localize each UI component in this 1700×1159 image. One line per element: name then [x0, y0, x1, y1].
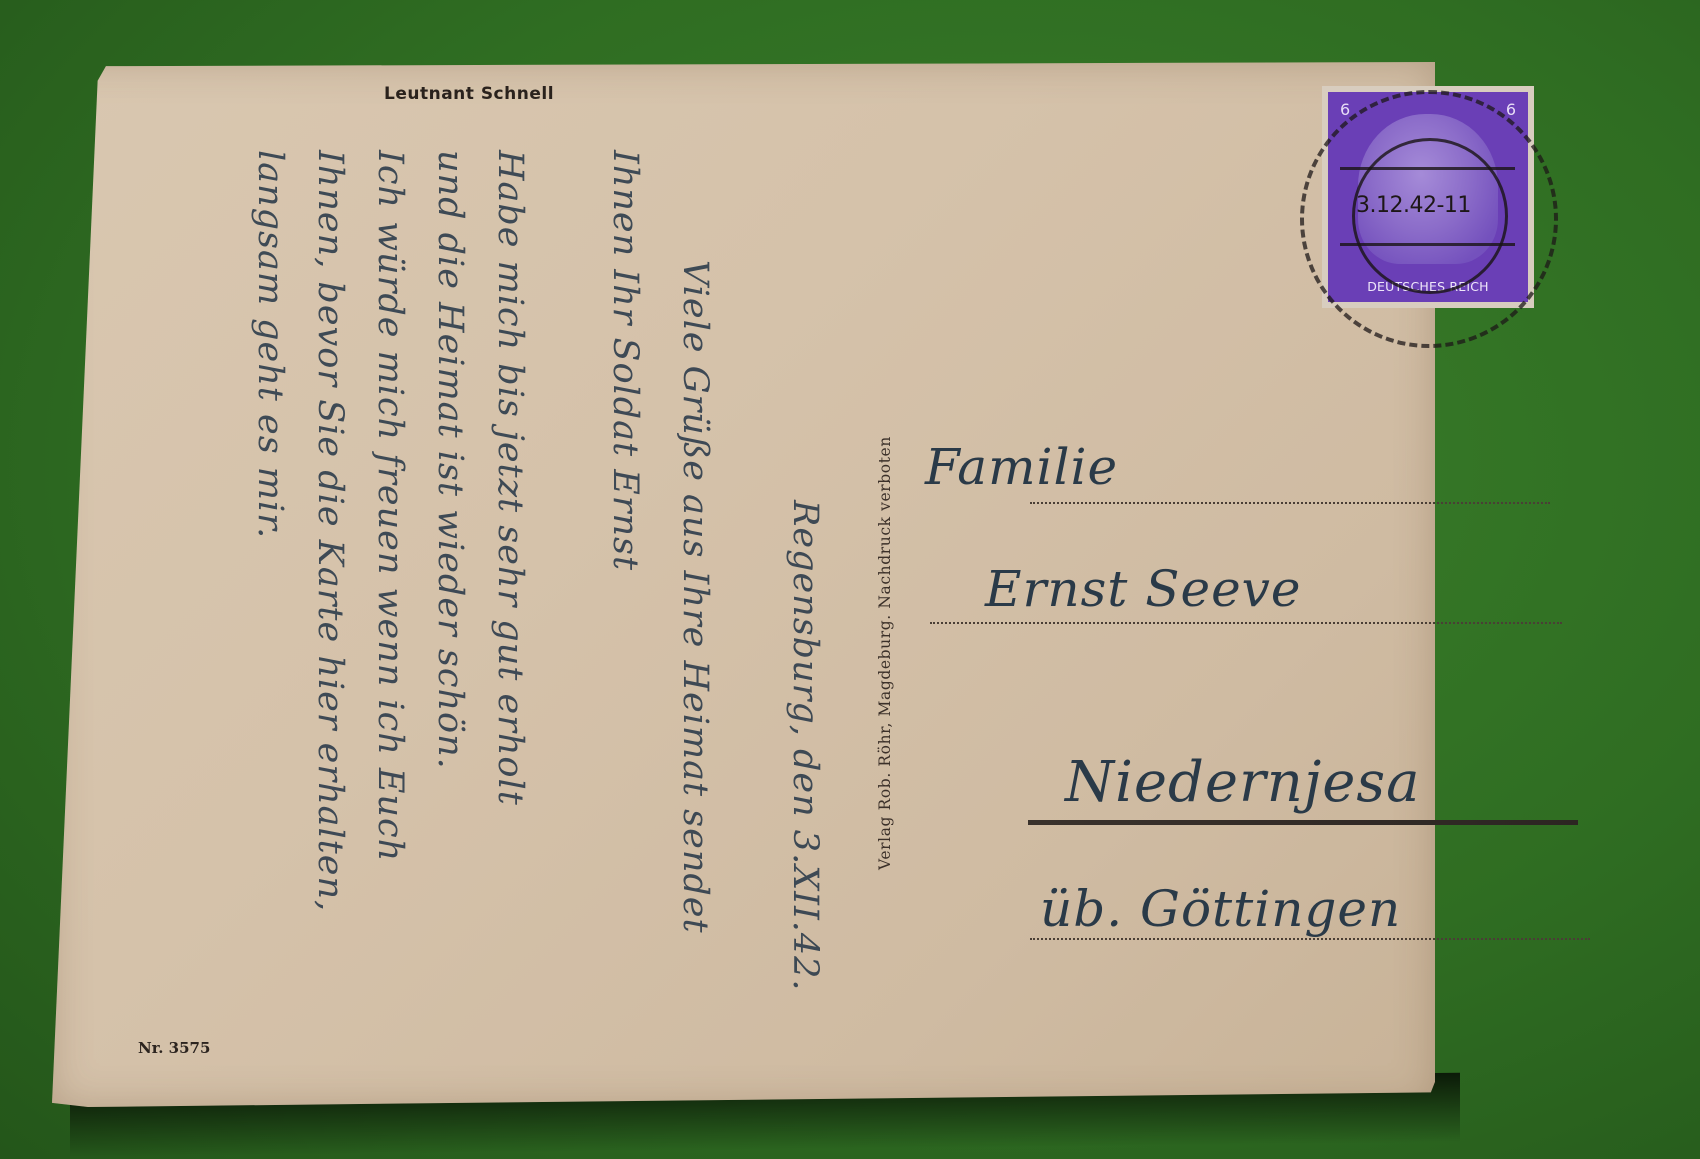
postmark-bar-top	[1340, 167, 1515, 170]
address-line-2-rule	[930, 622, 1562, 624]
message-line: Ihnen Ihr Soldat Ernst	[605, 150, 645, 571]
message-line: Habe mich bis jetzt sehr gut erholt	[490, 150, 530, 806]
message-line: Ich würde mich freuen wenn ich Euch	[370, 150, 410, 862]
address-line-3-rule	[1028, 820, 1578, 825]
publisher-imprint: Verlag Rob. Röhr, Magdeburg. Nachdruck v…	[876, 436, 894, 870]
stamp-value-left: 6	[1340, 100, 1350, 119]
message-line: Ihnen, bevor Sie die Karte hier erhalten…	[310, 150, 350, 912]
address-line-1: Familie	[925, 438, 1118, 496]
postmark-bar-bottom	[1340, 243, 1515, 246]
address-line-4-rule	[1030, 938, 1590, 940]
address-line-2: Ernst Seeve	[985, 560, 1302, 618]
message-line: langsam geht es mir.	[250, 150, 290, 539]
address-line-4: üb. Göttingen	[1040, 880, 1401, 938]
printed-title: Leutnant Schnell	[384, 84, 554, 104]
card-number: Nr. 3575	[138, 1039, 210, 1057]
address-line-1-rule	[1030, 502, 1550, 504]
address-line-3: Niedernjesa	[1065, 750, 1421, 815]
message-line: Viele Grüße aus Ihre Heimat sendet	[675, 260, 715, 934]
postmark-date: 3.12.42-11	[1356, 193, 1471, 218]
message-place-date: Regensburg, den 3.XII.42.	[785, 500, 825, 992]
message-line: und die Heimat ist wieder schön.	[430, 150, 470, 770]
